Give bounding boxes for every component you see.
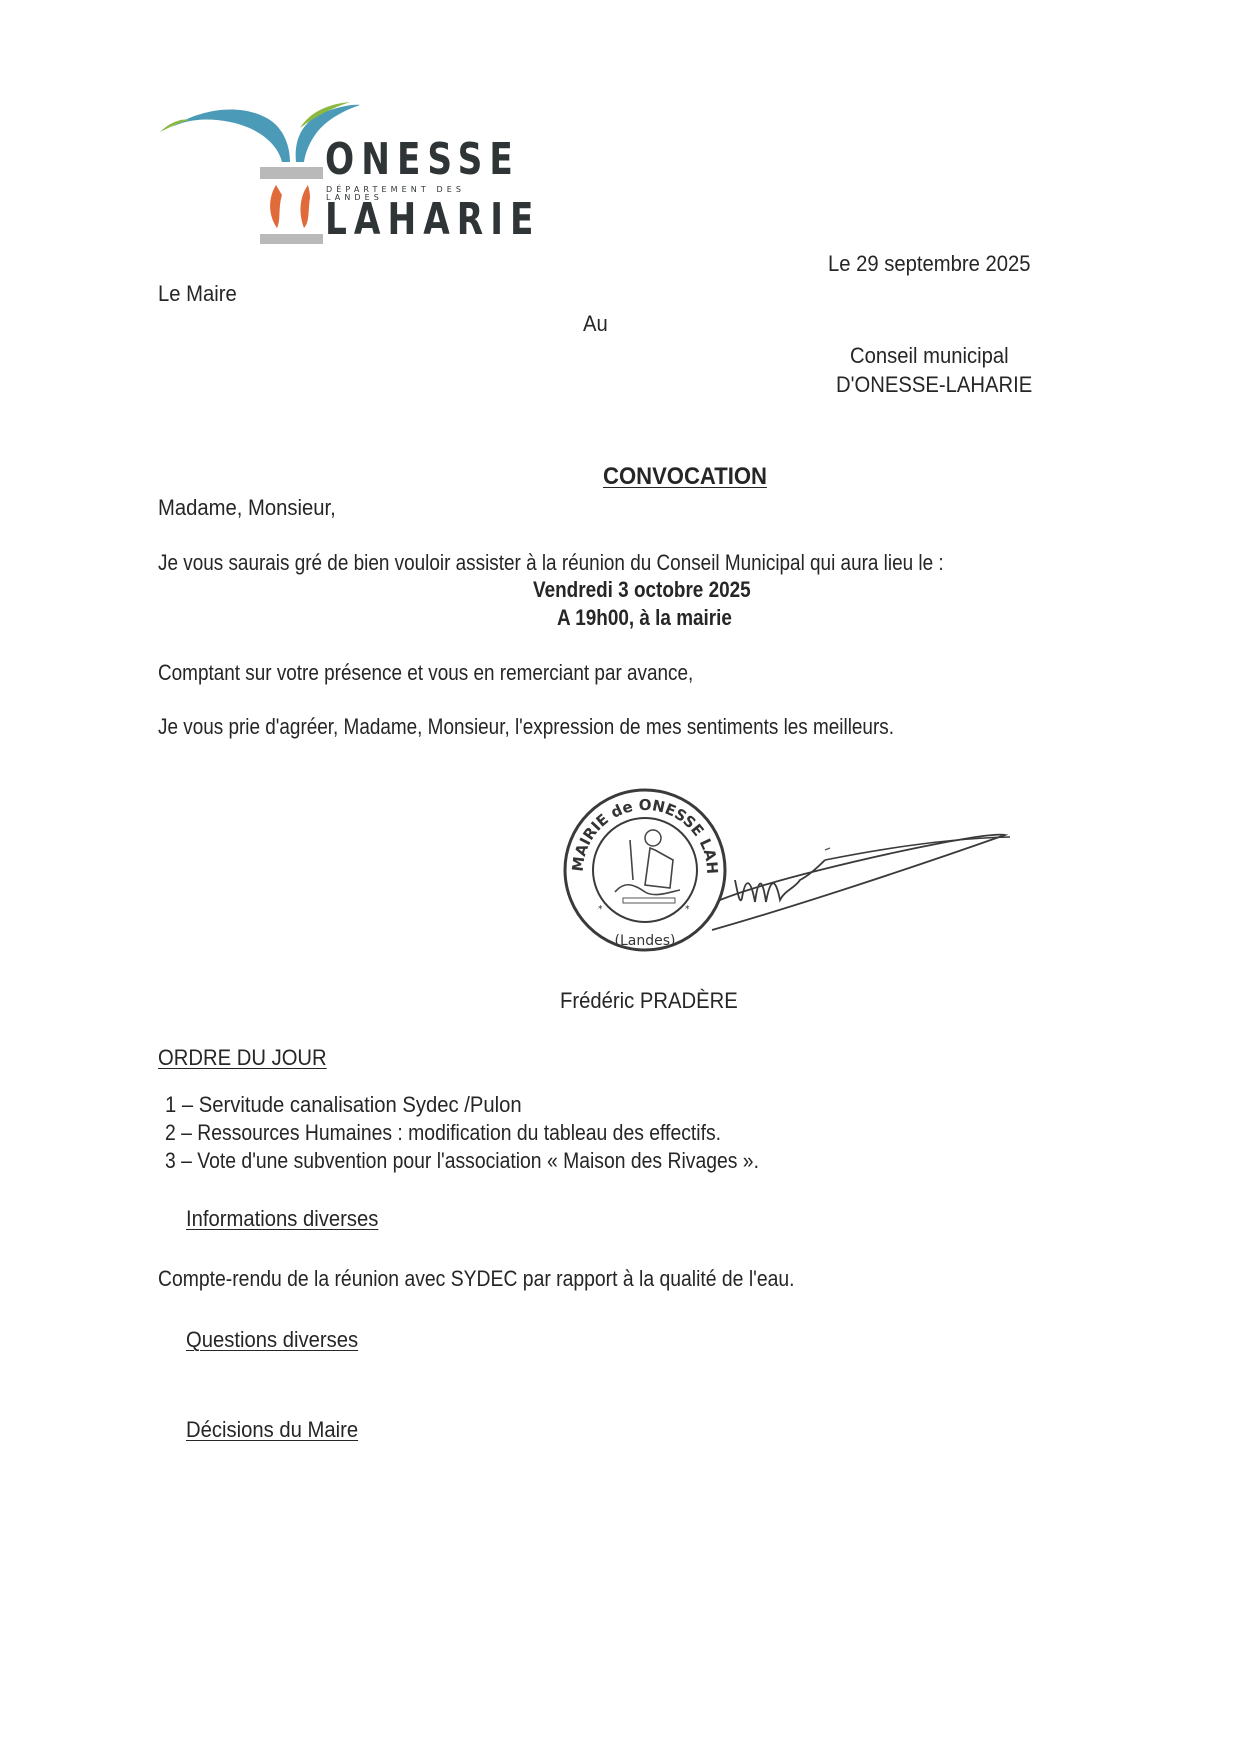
agenda-item: 1 – Servitude canalisation Sydec /Pulon: [165, 1094, 522, 1116]
recipient-line-2: D'ONESSE-LAHARIE: [836, 374, 1032, 396]
logo-name-top: ONESSE: [325, 138, 520, 182]
informations-text: Compte-rendu de la réunion avec SYDEC pa…: [158, 1268, 795, 1290]
svg-text:*: *: [598, 904, 603, 915]
sender: Le Maire: [158, 283, 237, 305]
thanks-paragraph: Comptant sur votre présence et vous en r…: [158, 662, 693, 684]
signatory-name: Frédéric PRADÈRE: [560, 990, 738, 1012]
letterhead-logo: ONESSE DÉPARTEMENT DES LANDES LAHARIE: [160, 100, 520, 245]
handwritten-signature: [700, 810, 1030, 940]
informations-heading: Informations diverses: [186, 1208, 378, 1230]
svg-text:(Landes): (Landes): [615, 933, 676, 949]
meeting-time-place: A 19h00, à la mairie: [557, 607, 732, 629]
agenda-heading: ORDRE DU JOUR: [158, 1047, 327, 1069]
closing-paragraph: Je vous prie d'agréer, Madame, Monsieur,…: [158, 716, 894, 738]
salutation: Madame, Monsieur,: [158, 497, 336, 519]
agenda-item: 3 – Vote d'une subvention pour l'associa…: [165, 1150, 759, 1172]
svg-text:*: *: [685, 904, 690, 915]
agenda-item: 2 – Ressources Humaines : modification d…: [165, 1122, 721, 1144]
meeting-date: Vendredi 3 octobre 2025: [533, 579, 751, 601]
decisions-heading: Décisions du Maire: [186, 1419, 358, 1441]
recipient-line-1: Conseil municipal: [850, 345, 1009, 367]
logo-name-bottom: LAHARIE: [325, 198, 540, 242]
document-title: CONVOCATION: [603, 465, 767, 489]
recipient-prefix: Au: [583, 313, 608, 335]
letter-date: Le 29 septembre 2025: [828, 253, 1031, 275]
questions-heading: Questions diverses: [186, 1329, 358, 1351]
intro-paragraph: Je vous saurais gré de bien vouloir assi…: [158, 552, 944, 574]
